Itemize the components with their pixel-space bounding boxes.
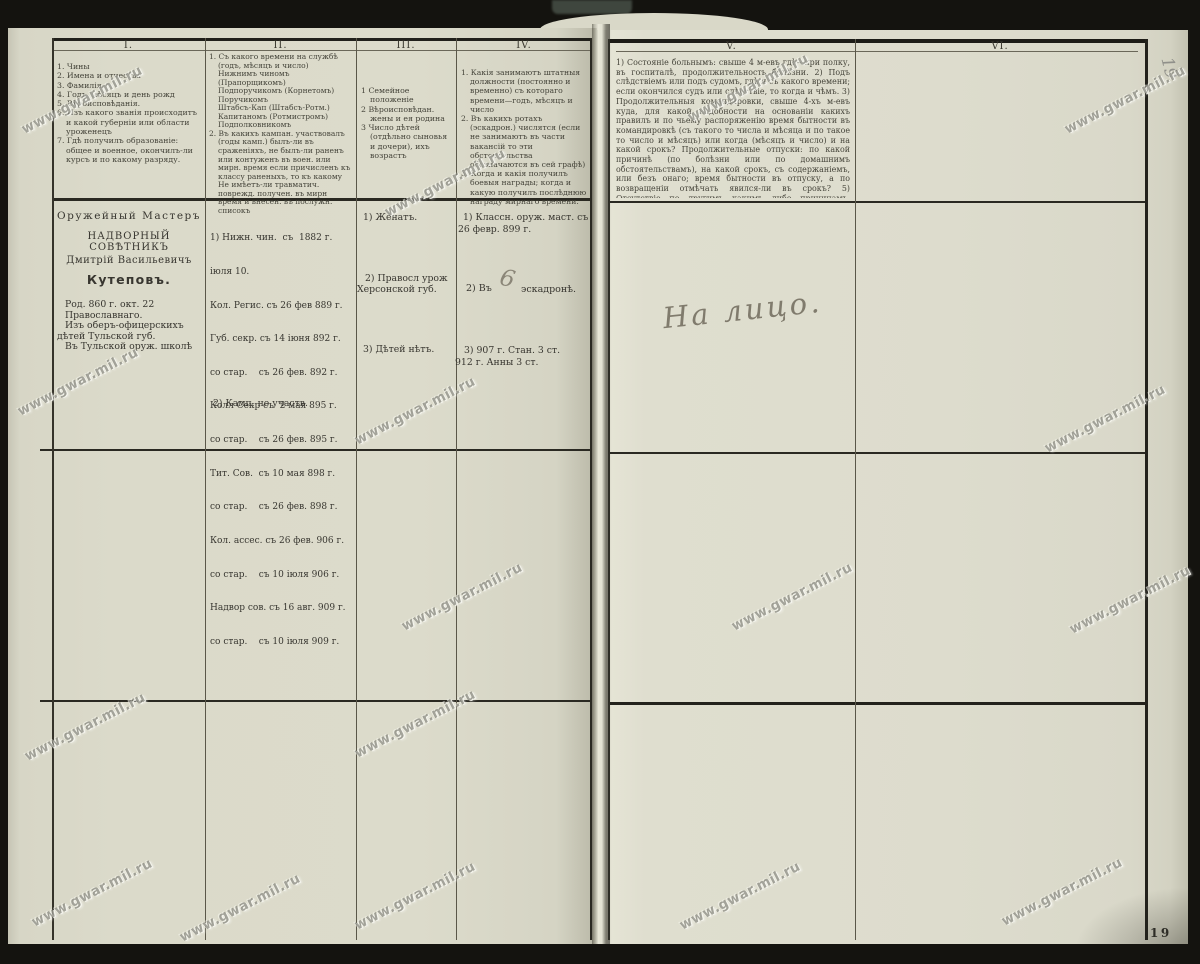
- service-line: Тит. Сов. съ 10 мая 898 г.: [210, 469, 353, 480]
- service-line: Кол. Регис. съ 26 фев 889 г.: [210, 301, 353, 312]
- column3-instructions: 1 Семейное положеніе 2 Вѣроисповѣдан. же…: [361, 86, 451, 160]
- instruction-item: 1. Какія занимаютъ штатныя должности (по…: [461, 68, 588, 114]
- record-squadron-prefix: 2) Въ: [466, 283, 492, 294]
- column-label-2: II.: [205, 40, 356, 51]
- instruction-item: 1 Семейное положеніе: [361, 86, 451, 105]
- divider: [1145, 39, 1148, 940]
- record-awards-line2: 912 г. Анны 3 ст.: [455, 357, 538, 368]
- instruction-item: 3. Когда и какія получилъ боевыя награды…: [461, 169, 588, 206]
- divider: [205, 38, 206, 940]
- service-line: со стар. съ 10 іюля 909 г.: [210, 637, 353, 648]
- service-line: со стар. съ 26 фев. 895 г.: [210, 435, 353, 446]
- divider: [590, 38, 592, 940]
- service-line: со стар. съ 26 фев. 898 г.: [210, 502, 353, 513]
- divider: [608, 39, 610, 940]
- instruction-item: 7. Гдѣ получилъ образованіе: общее и вое…: [57, 136, 202, 164]
- column-label-1: I.: [52, 40, 205, 51]
- instruction-item: 2. Въ какихъ кампан. участвовалъ (годы к…: [209, 130, 352, 181]
- divider: [608, 702, 1146, 705]
- service-line: со стар. съ 26 фев. 892 г.: [210, 368, 353, 379]
- record-origin: Изъ оберъ-офицерскихъ дѣтей Тульской губ…: [57, 321, 204, 342]
- record-marital-status: 1) Женатъ.: [363, 212, 451, 223]
- column-label-4: IV.: [456, 40, 592, 51]
- instruction-item: 3 Число дѣтей (отдѣльно сыновья и дочери…: [361, 123, 451, 160]
- service-line: со стар. съ 10 іюля 906 г.: [210, 570, 353, 581]
- printed-page-number: 19: [1150, 926, 1172, 940]
- service-line: 1) Нижн. чин. съ 1882 г.: [210, 233, 353, 244]
- book-spine-top: [552, 0, 632, 14]
- scanned-service-record: I. II. III. IV. V. VI. 1. Чины 2. Имена …: [0, 0, 1200, 964]
- divider: [608, 201, 1146, 203]
- service-line: Кол. ассес. съ 26 фев. 906 г.: [210, 536, 353, 547]
- column5-instructions: 1) Состояніе больнымъ: свыше 4 м-евъ гдѣ…: [616, 58, 850, 198]
- record-wife-info: 2) Правосл урож Херсонской губ.: [357, 274, 451, 296]
- record-post-line2: 26 февр. 899 г.: [458, 224, 586, 235]
- record-post-line1: 1) Классн. оруж. маст. съ: [463, 212, 591, 223]
- service-line: Губ. секр. съ 14 іюня 892 г.: [210, 334, 353, 345]
- record-children-info: 3) Дѣтей нѣтъ.: [363, 344, 451, 355]
- divider: [356, 38, 357, 940]
- service-line: Надвор сов. съ 16 авг. 909 г.: [210, 603, 353, 614]
- record-service-history: 1) Нижн. чин. съ 1882 г. іюля 10. Кол. Р…: [210, 211, 353, 670]
- column4-instructions: 1. Какія занимаютъ штатныя должности (по…: [461, 68, 588, 206]
- record-civil-rank: НАДВОРНЫЙ СОВѢТНИКЪ: [53, 231, 205, 253]
- instruction-item: 1. Съ какого времени на службѣ (годъ, мѣ…: [209, 53, 352, 70]
- record-name-patronymic: Дмитрій Васильевичъ: [53, 255, 205, 266]
- record-squadron-suffix: эскадронѣ.: [521, 284, 576, 295]
- divider: [855, 39, 856, 940]
- record-birth: Род. 860 г. окт. 22: [57, 300, 204, 311]
- service-line: іюля 10.: [210, 267, 353, 278]
- instruction-item: 6. Изъ какого званія происходитъ и какой…: [57, 108, 202, 136]
- record-awards-line1: 3) 907 г. Стан. 3 ст.: [464, 345, 560, 356]
- column-label-5: V.: [608, 41, 855, 52]
- divider: [608, 452, 1146, 454]
- column-label-6: VI.: [855, 41, 1145, 52]
- record-campaigns: 2) Камп. не участв.: [213, 398, 308, 409]
- column-label-3: III.: [356, 40, 456, 51]
- column2-instructions: 1. Съ какого времени на службѣ (годъ, мѣ…: [209, 53, 352, 215]
- divider: [52, 38, 54, 940]
- instruction-item: 2 Вѣроисповѣдан. жены и ея родина: [361, 105, 451, 124]
- record-rank-title: Оружейный Мастеръ: [53, 210, 205, 222]
- record-surname: Кутеповъ.: [53, 272, 205, 287]
